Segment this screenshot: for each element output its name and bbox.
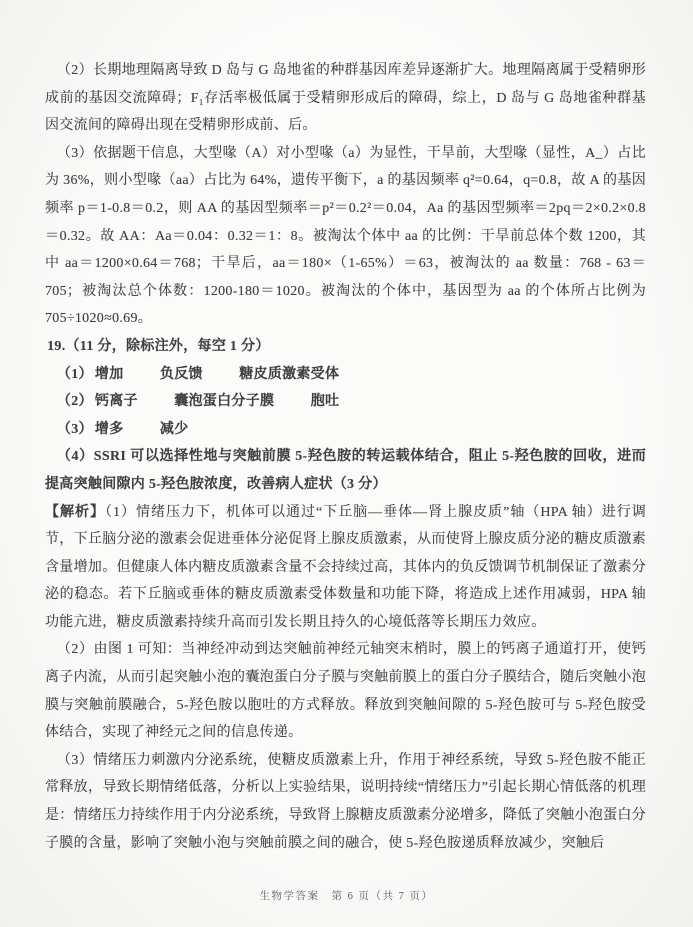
answer-blank: 胞吐 xyxy=(311,394,340,409)
paragraph-q19-part4: （4）SSRI 可以选择性地与突触前膜 5-羟色胺的转运载体结合，阻止 5-羟色… xyxy=(45,443,646,498)
paragraph-q18-part3: （3）依据题干信息，大型喙（A）对小型喙（a）为显性，干旱前，大型喙（显性，A_… xyxy=(45,140,646,333)
answer-sheet-content: （2）长期地理隔离导致 D 岛与 G 岛地雀的种群基因库差异逐渐扩大。地理隔离属… xyxy=(45,57,646,857)
answer-blank: 增多 xyxy=(95,422,124,437)
analysis-paragraph-3: （3）情绪压力刺激内分泌系统，使糖皮质激素上升，作用于神经系统，导致 5-羟色胺… xyxy=(45,747,646,857)
answer-row-1: （1）增加负反馈糖皮质激素受体 xyxy=(45,361,646,389)
analysis-text-1: （1）情绪压力下，机体可以通过“下丘脑—垂体—肾上腺皮质”轴（HPA 轴）进行调… xyxy=(45,505,646,630)
answer-label-3: （3） xyxy=(57,422,93,437)
question-19-heading: 19.（11 分，除标注外，每空 1 分） xyxy=(45,333,646,361)
answer-blank: 钙离子 xyxy=(95,394,138,409)
answer-label-1: （1） xyxy=(57,367,93,382)
answer-blank: 减少 xyxy=(160,422,189,437)
answer-blank: 糖皮质激素受体 xyxy=(239,367,339,382)
analysis-paragraph-1: 【解析】（1）情绪压力下，机体可以通过“下丘脑—垂体—肾上腺皮质”轴（HPA 轴… xyxy=(45,499,646,637)
document-page: （2）长期地理隔离导致 D 岛与 G 岛地雀的种群基因库差异逐渐扩大。地理隔离属… xyxy=(0,0,693,927)
analysis-label: 【解析】 xyxy=(45,505,105,520)
paragraph-q18-part2: （2）长期地理隔离导致 D 岛与 G 岛地雀的种群基因库差异逐渐扩大。地理隔离属… xyxy=(45,57,646,140)
answer-row-2: （2）钙离子囊泡蛋白分子膜胞吐 xyxy=(45,388,646,416)
answer-blank: 增加 xyxy=(95,367,124,382)
answer-label-2: （2） xyxy=(57,394,93,409)
answer-blank: 囊泡蛋白分子膜 xyxy=(174,394,274,409)
answer-row-3: （3）增多减少 xyxy=(45,416,646,444)
analysis-paragraph-2: （2）由图 1 可知：当神经冲动到达突触前神经元轴突末梢时，膜上的钙离子通道打开… xyxy=(45,636,646,746)
page-footer: 生物学答案 第 6 页（共 7 页） xyxy=(0,888,693,903)
answer-blank: 负反馈 xyxy=(160,367,203,382)
